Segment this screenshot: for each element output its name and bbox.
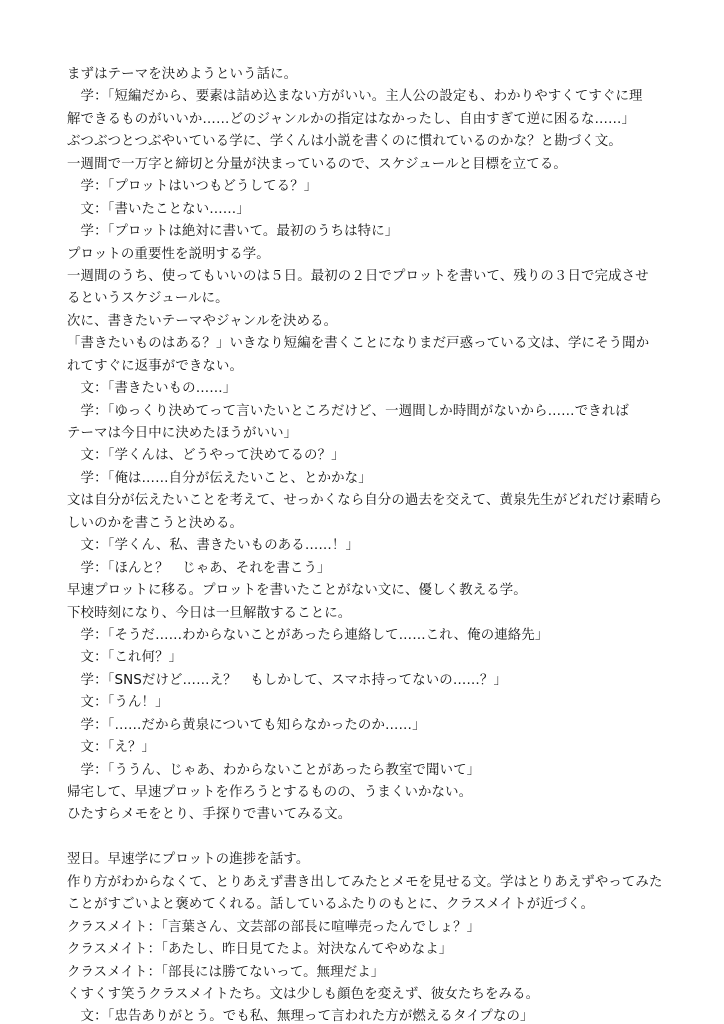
dialogue-line: 解できるものがいいか……どのジャンルかの指定はなかったし、自由すぎて逆に困るな…… (67, 109, 667, 131)
text-line: ひたすらメモをとり、手探りで書いてみる文。 (67, 804, 667, 826)
dialogue-line: 文：「書きたいもの……」 (67, 378, 667, 400)
text-line: るというスケジュールに。 (67, 288, 667, 310)
dialogue-line: 文：「うん！」 (67, 692, 667, 714)
dialogue-line: 学：「ううん、じゃあ、わからないことがあったら教室で聞いて」 (67, 760, 667, 782)
dialogue-line: 文：「これ何？」 (67, 647, 667, 669)
dialogue-line: テーマは今日中に決めたほうがいい」 (67, 423, 667, 445)
text-line: まずはテーマを決めようという話に。 (67, 64, 667, 86)
text-line: 「書きたいものはある？」いきなり短編を書くことになりまだ戸惑っている文は、学にそ… (67, 333, 667, 355)
text-line: 作り方がわからなくて、とりあえず書き出してみたとメモを見せる文。学はとりあえずや… (67, 872, 667, 894)
text-line: 一週間で一万字と締切と分量が決まっているので、スケジュールと目標を立てる。 (67, 154, 667, 176)
text-line: 翌日。早速学にプロットの進捗を話す。 (67, 849, 667, 871)
dialogue-line: 文：「え？」 (67, 737, 667, 759)
dialogue-line: 文：「書いたことない……」 (67, 199, 667, 221)
dialogue-line: 学：「そうだ……わからないことがあったら連絡して……これ、俺の連絡先」 (67, 625, 667, 647)
text-line: 下校時刻になり、今日は一旦解散することに。 (67, 603, 667, 625)
dialogue-line: 学：「プロットは絶対に書いて。最初のうちは特に」 (67, 221, 667, 243)
dialogue-line: 学：「SNSだけど……え？ もしかして、スマホ持ってないの……？」 (67, 670, 667, 692)
text-line: 早速プロットに移る。プロットを書いたことがない文に、優しく教える学。 (67, 580, 667, 602)
dialogue-line: クラスメイト：「あたし、昨日見てたよ。対決なんてやめなよ」 (67, 939, 667, 961)
dialogue-line: 文：「学くんは、どうやって決めてるの？」 (67, 445, 667, 467)
dialogue-line: 学：「プロットはいつもどうしてる？」 (67, 176, 667, 198)
text-line: 次に、書きたいテーマやジャンルを決める。 (67, 311, 667, 333)
dialogue-line: 学：「短編だから、要素は詰め込まない方がいい。主人公の設定も、わかりやすくてすぐ… (67, 86, 667, 108)
blank-line (67, 827, 667, 849)
dialogue-line: 学：「ほんと？ じゃあ、それを書こう」 (67, 558, 667, 580)
dialogue-line: 学：「ゆっくり決めてって言いたいところだけど、一週間しか時間がないから……できれ… (67, 401, 667, 423)
text-line: れてすぐに返事ができない。 (67, 356, 667, 378)
text-line: 文は自分が伝えたいことを考えて、せっかくなら自分の過去を交えて、黄泉先生がどれだ… (67, 490, 667, 512)
text-line: ことがすごいよと褒めてくれる。話しているふたりのもとに、クラスメイトが近づく。 (67, 894, 667, 916)
text-line: 一週間のうち、使ってもいいのは５日。最初の２日でプロットを書いて、残りの３日で完… (67, 266, 667, 288)
text-line: プロットの重要性を説明する学。 (67, 244, 667, 266)
dialogue-line: 文：「学くん、私、書きたいものある……！」 (67, 535, 667, 557)
dialogue-line: クラスメイト：「言葉さん、文芸部の部長に喧嘩売ったんでしょ？」 (67, 917, 667, 939)
text-line: 帰宅して、早速プロットを作ろうとするものの、うまくいかない。 (67, 782, 667, 804)
dialogue-line: 学：「俺は……自分が伝えたいこと、とかかな」 (67, 468, 667, 490)
text-line: ぶつぶつとつぶやいている学に、学くんは小説を書くのに慣れているのかな？と勘づく文… (67, 131, 667, 153)
dialogue-line: 文：「忠告ありがとう。でも私、無理って言われた方が燃えるタイプなの」 (67, 1006, 667, 1024)
text-line: しいのかを書こうと決める。 (67, 513, 667, 535)
dialogue-line: クラスメイト：「部長には勝てないって。無理だよ」 (67, 962, 667, 984)
document-page: まずはテーマを決めようという話に。 学：「短編だから、要素は詰め込まない方がいい… (67, 64, 667, 1024)
dialogue-line: 学：「……だから黄泉についても知らなかったのか……」 (67, 715, 667, 737)
text-line: くすくす笑うクラスメイトたち。文は少しも顔色を変えず、彼女たちをみる。 (67, 984, 667, 1006)
